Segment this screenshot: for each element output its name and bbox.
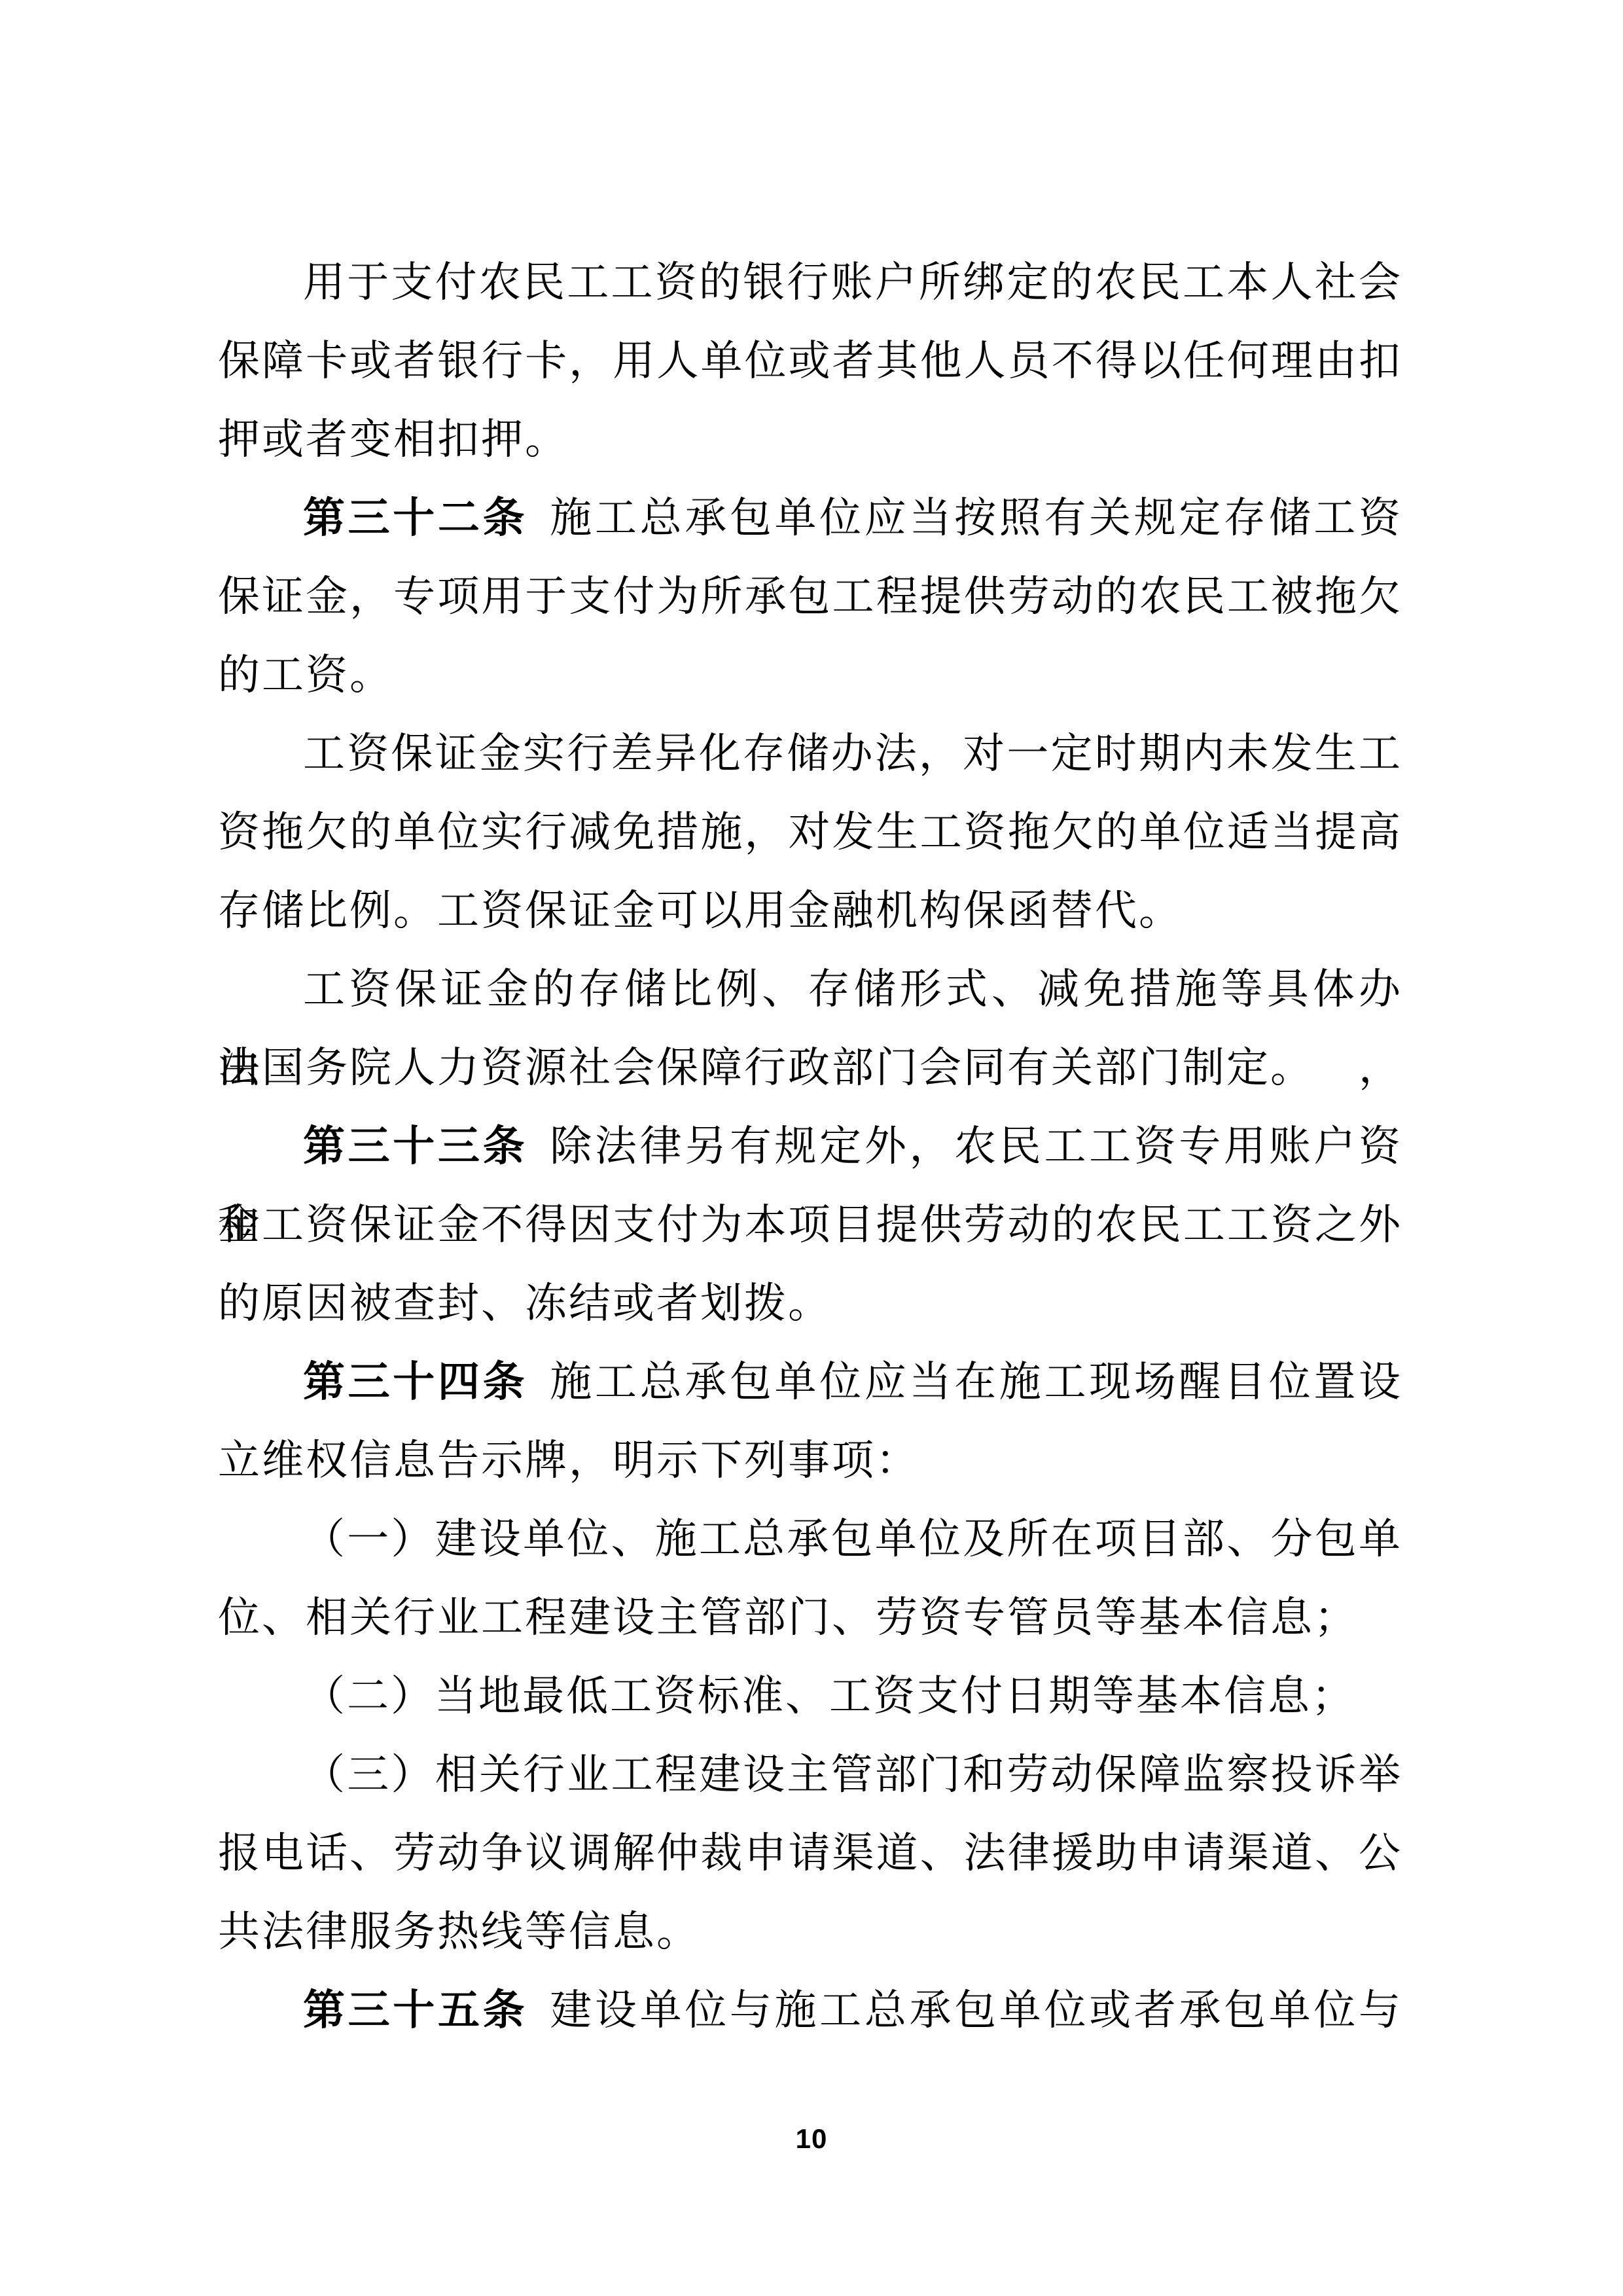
line-text: 施工总承包单位应当按照有关规定存储工资: [550, 495, 1402, 541]
line-text: 工资保证金实行差异化存储办法，对一定时期内未发生工: [303, 730, 1402, 777]
line-text: 存储比例。工资保证金可以用金融机构保函替代。: [218, 888, 1183, 934]
line-text: 的工资。: [218, 652, 393, 698]
line-text: 共法律服务热线等信息。: [218, 1909, 700, 1955]
line-text: 建设单位与施工总承包单位或者承包单位与: [550, 1987, 1402, 2034]
text-line: 押或者变相扣押。: [218, 401, 1402, 479]
article-number-label: 第三十三条: [303, 1123, 527, 1170]
text-line: 的工资。: [218, 636, 1402, 715]
text-line: 第三十四条施工总承包单位应当在施工现场醒目位置设: [218, 1343, 1402, 1422]
line-text: 和工资保证金不得因支付为本项目提供劳动的农民工工资之外: [218, 1202, 1402, 1248]
line-text: 资拖欠的单位实行减免措施，对发生工资拖欠的单位适当提高: [218, 809, 1402, 855]
text-line: 第三十五条建设单位与施工总承包单位或者承包单位与: [218, 1971, 1402, 2050]
line-text: 用于支付农民工工资的银行账户所绑定的农民工本人社会: [303, 259, 1402, 306]
text-line: 保障卡或者银行卡，用人单位或者其他人员不得以任何理由扣: [218, 322, 1402, 401]
text-line: （一）建设单位、施工总承包单位及所在项目部、分包单: [218, 1500, 1402, 1579]
article-number-label: 第三十五条: [303, 1987, 527, 2034]
line-text: 押或者变相扣押。: [218, 416, 569, 463]
document-page: 用于支付农民工工资的银行账户所绑定的农民工本人社会保障卡或者银行卡，用人单位或者…: [0, 0, 1623, 2296]
article-number-label: 第三十二条: [303, 495, 527, 541]
text-line: 和工资保证金不得因支付为本项目提供劳动的农民工工资之外: [218, 1186, 1402, 1265]
text-line: 立维权信息告示牌，明示下列事项：: [218, 1422, 1402, 1500]
line-text: 的原因被查封、冻结或者划拨。: [218, 1280, 832, 1327]
text-line: 资拖欠的单位实行减免措施，对发生工资拖欠的单位适当提高: [218, 793, 1402, 872]
text-line: 的原因被查封、冻结或者划拨。: [218, 1265, 1402, 1343]
line-text: （一）建设单位、施工总承包单位及所在项目部、分包单: [303, 1516, 1402, 1562]
line-text: （二）当地最低工资标准、工资支付日期等基本信息；: [303, 1673, 1355, 1719]
line-text: 保证金，专项用于支付为所承包工程提供劳动的农民工被拖欠: [218, 573, 1402, 620]
text-line: 工资保证金的存储比例、存储形式、减免措施等具体办法，: [218, 950, 1402, 1029]
page-number: 10: [0, 2119, 1623, 2159]
text-line: 由国务院人力资源社会保障行政部门会同有关部门制定。: [218, 1029, 1402, 1107]
document-text-block: 用于支付农民工工资的银行账户所绑定的农民工本人社会保障卡或者银行卡，用人单位或者…: [218, 243, 1402, 2050]
line-text: 报电话、劳动争议调解仲裁申请渠道、法律援助申请渠道、公: [218, 1830, 1402, 1876]
text-line: 第三十二条施工总承包单位应当按照有关规定存储工资: [218, 479, 1402, 558]
line-text: （三）相关行业工程建设主管部门和劳动保障监察投诉举: [303, 1751, 1402, 1798]
text-line: 工资保证金实行差异化存储办法，对一定时期内未发生工: [218, 715, 1402, 793]
line-text: 施工总承包单位应当在施工现场醒目位置设: [550, 1359, 1402, 1405]
text-line: 共法律服务热线等信息。: [218, 1893, 1402, 1971]
line-text: 保障卡或者银行卡，用人单位或者其他人员不得以任何理由扣: [218, 338, 1402, 384]
text-line: 报电话、劳动争议调解仲裁申请渠道、法律援助申请渠道、公: [218, 1814, 1402, 1893]
text-line: （三）相关行业工程建设主管部门和劳动保障监察投诉举: [218, 1736, 1402, 1814]
line-text: 位、相关行业工程建设主管部门、劳资专管员等基本信息；: [218, 1594, 1358, 1641]
article-number-label: 第三十四条: [303, 1359, 527, 1405]
text-line: 位、相关行业工程建设主管部门、劳资专管员等基本信息；: [218, 1579, 1402, 1657]
text-line: （二）当地最低工资标准、工资支付日期等基本信息；: [218, 1657, 1402, 1736]
line-text: 由国务院人力资源社会保障行政部门会同有关部门制定。: [218, 1045, 1314, 1091]
text-line: 保证金，专项用于支付为所承包工程提供劳动的农民工被拖欠: [218, 558, 1402, 636]
text-line: 用于支付农民工工资的银行账户所绑定的农民工本人社会: [218, 243, 1402, 322]
text-line: 存储比例。工资保证金可以用金融机构保函替代。: [218, 872, 1402, 950]
text-line: 第三十三条除法律另有规定外，农民工工资专用账户资金: [218, 1107, 1402, 1186]
line-text: 立维权信息告示牌，明示下列事项：: [218, 1437, 919, 1484]
